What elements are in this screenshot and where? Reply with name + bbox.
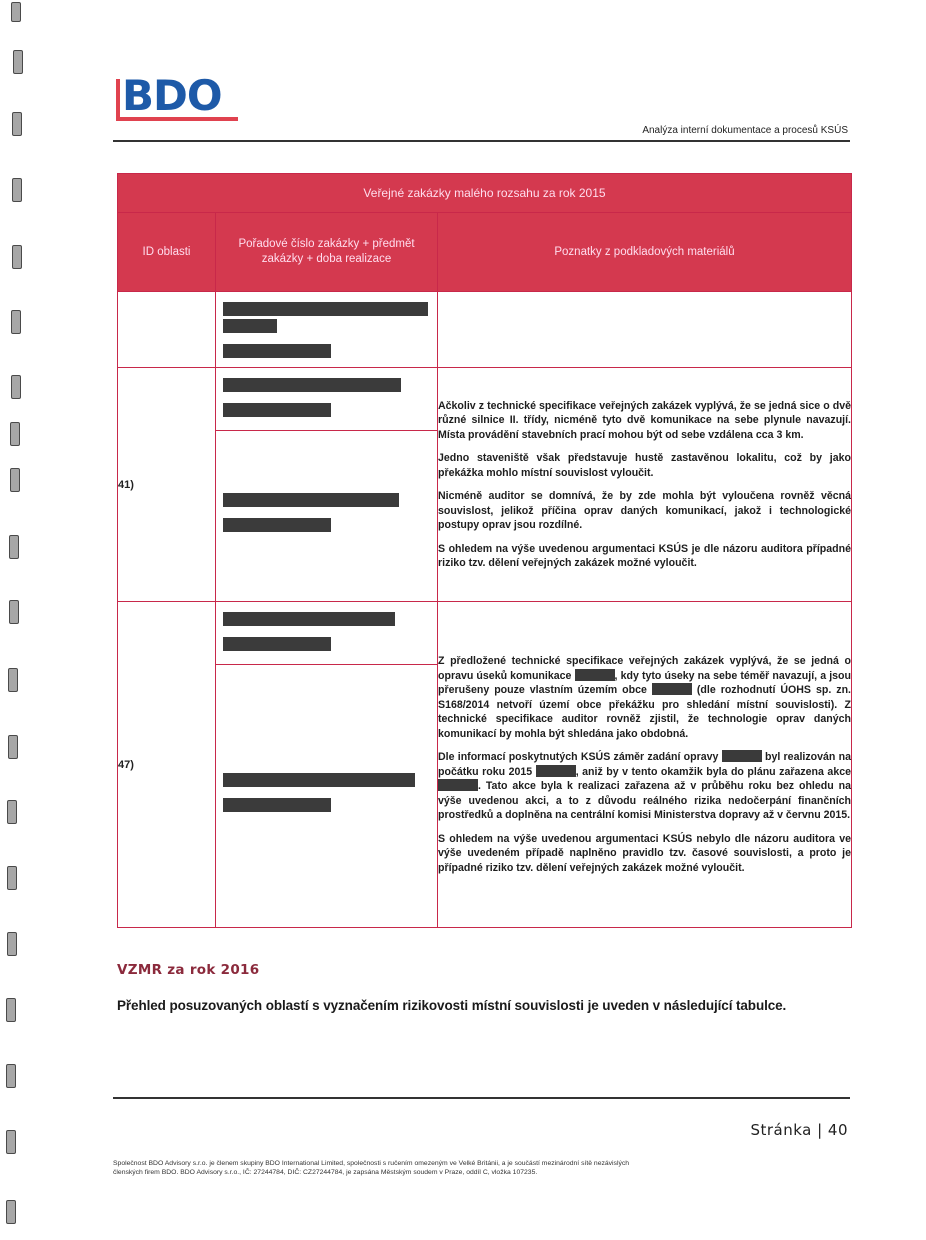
column-header-id: ID oblasti — [118, 213, 216, 292]
binder-hole — [6, 1200, 16, 1224]
binder-hole — [12, 112, 22, 136]
redacted-block — [223, 798, 331, 812]
notes-cell: Z předložené technické specifikace veřej… — [438, 602, 852, 928]
note-paragraph: S ohledem na výše uvedenou argumentaci K… — [438, 832, 851, 876]
redacted-block — [223, 493, 399, 507]
note-paragraph: Ačkoliv z technické specifikace veřejnýc… — [438, 399, 851, 443]
binder-hole — [12, 245, 22, 269]
binder-hole — [12, 178, 22, 202]
table-caption: Veřejné zakázky malého rozsahu za rok 20… — [118, 174, 852, 213]
binder-hole — [8, 668, 18, 692]
row-id — [118, 292, 216, 368]
contract-subcell — [216, 431, 437, 601]
legal-notice: Společnost BDO Advisory s.r.o. je členem… — [113, 1159, 833, 1177]
contract-subcell — [216, 602, 437, 665]
binder-hole — [6, 1130, 16, 1154]
binder-hole — [11, 310, 21, 334]
column-header-contract: Pořadové číslo zakázky + předmět zakázky… — [216, 213, 438, 292]
redacted-inline — [438, 779, 478, 791]
note-paragraph: Z předložené technické specifikace veřej… — [438, 654, 851, 741]
table-row: 41) Ačkoliv z technické specifikace veře… — [118, 368, 852, 602]
binder-hole — [10, 422, 20, 446]
binder-hole — [13, 50, 23, 74]
contract-cell — [216, 368, 438, 602]
contract-cell — [216, 602, 438, 928]
note-paragraph: Nicméně auditor se domnívá, že by zde mo… — [438, 489, 851, 533]
binder-hole — [10, 468, 20, 492]
header-divider — [113, 140, 850, 142]
footer-divider — [113, 1097, 850, 1099]
contract-subcell — [216, 665, 437, 927]
redacted-block — [223, 612, 395, 626]
note-text: , aniž by v tento okamžik byla do plánu … — [576, 766, 851, 778]
contract-cell — [216, 292, 438, 368]
binder-hole — [9, 600, 19, 624]
procurement-table: Veřejné zakázky malého rozsahu za rok 20… — [117, 173, 852, 928]
legal-line: členských firem BDO. BDO Advisory s.r.o.… — [113, 1168, 833, 1177]
note-text: . Tato akce byla k realizaci zařazena až… — [438, 780, 851, 821]
binder-hole — [7, 800, 17, 824]
row-id: 41) — [118, 368, 216, 602]
section-heading: VZMR za rok 2016 — [117, 962, 259, 978]
binder-hole — [11, 375, 21, 399]
note-paragraph: Jedno staveniště však představuje hustě … — [438, 451, 851, 480]
binder-hole — [7, 932, 17, 956]
redacted-block — [223, 637, 331, 651]
notes-cell: Ačkoliv z technické specifikace veřejnýc… — [438, 368, 852, 602]
redacted-block — [223, 518, 331, 532]
column-header-notes: Poznatky z podkladových materiálů — [438, 213, 852, 292]
redacted-inline — [536, 765, 576, 777]
redacted-inline — [575, 669, 615, 681]
section-text: Přehled posuzovaných oblastí s vyznačení… — [117, 998, 786, 1013]
binder-hole — [6, 998, 16, 1022]
logo-text: BDO — [122, 71, 222, 120]
redacted-block — [223, 319, 277, 333]
note-text: Dle informací poskytnutých KSÚS záměr za… — [438, 751, 718, 763]
binder-hole — [11, 2, 21, 22]
table-row: 47) Z předložené technické specifikace v… — [118, 602, 852, 928]
logo-bar-vertical — [116, 79, 120, 119]
redacted-block — [223, 344, 331, 358]
document-title: Analýza interní dokumentace a procesů KS… — [642, 125, 848, 136]
note-paragraph: Dle informací poskytnutých KSÚS záměr za… — [438, 750, 851, 823]
binder-hole — [8, 735, 18, 759]
note-paragraph: S ohledem na výše uvedenou argumentaci K… — [438, 542, 851, 571]
binder-hole — [6, 1064, 16, 1088]
table-row — [118, 292, 852, 368]
redacted-inline — [652, 683, 692, 695]
notes-cell — [438, 292, 852, 368]
redacted-block — [223, 403, 331, 417]
row-id: 47) — [118, 602, 216, 928]
page-number: Stránka | 40 — [750, 1121, 848, 1139]
contract-subcell — [216, 368, 437, 431]
redacted-block — [223, 773, 415, 787]
redacted-inline — [722, 750, 762, 762]
legal-line: Společnost BDO Advisory s.r.o. je členem… — [113, 1159, 833, 1168]
binder-hole — [9, 535, 19, 559]
binder-hole — [7, 866, 17, 890]
redacted-block — [223, 378, 401, 392]
bdo-logo: BDO — [116, 77, 240, 127]
binder-holes — [0, 0, 30, 1240]
redacted-block — [223, 302, 428, 316]
